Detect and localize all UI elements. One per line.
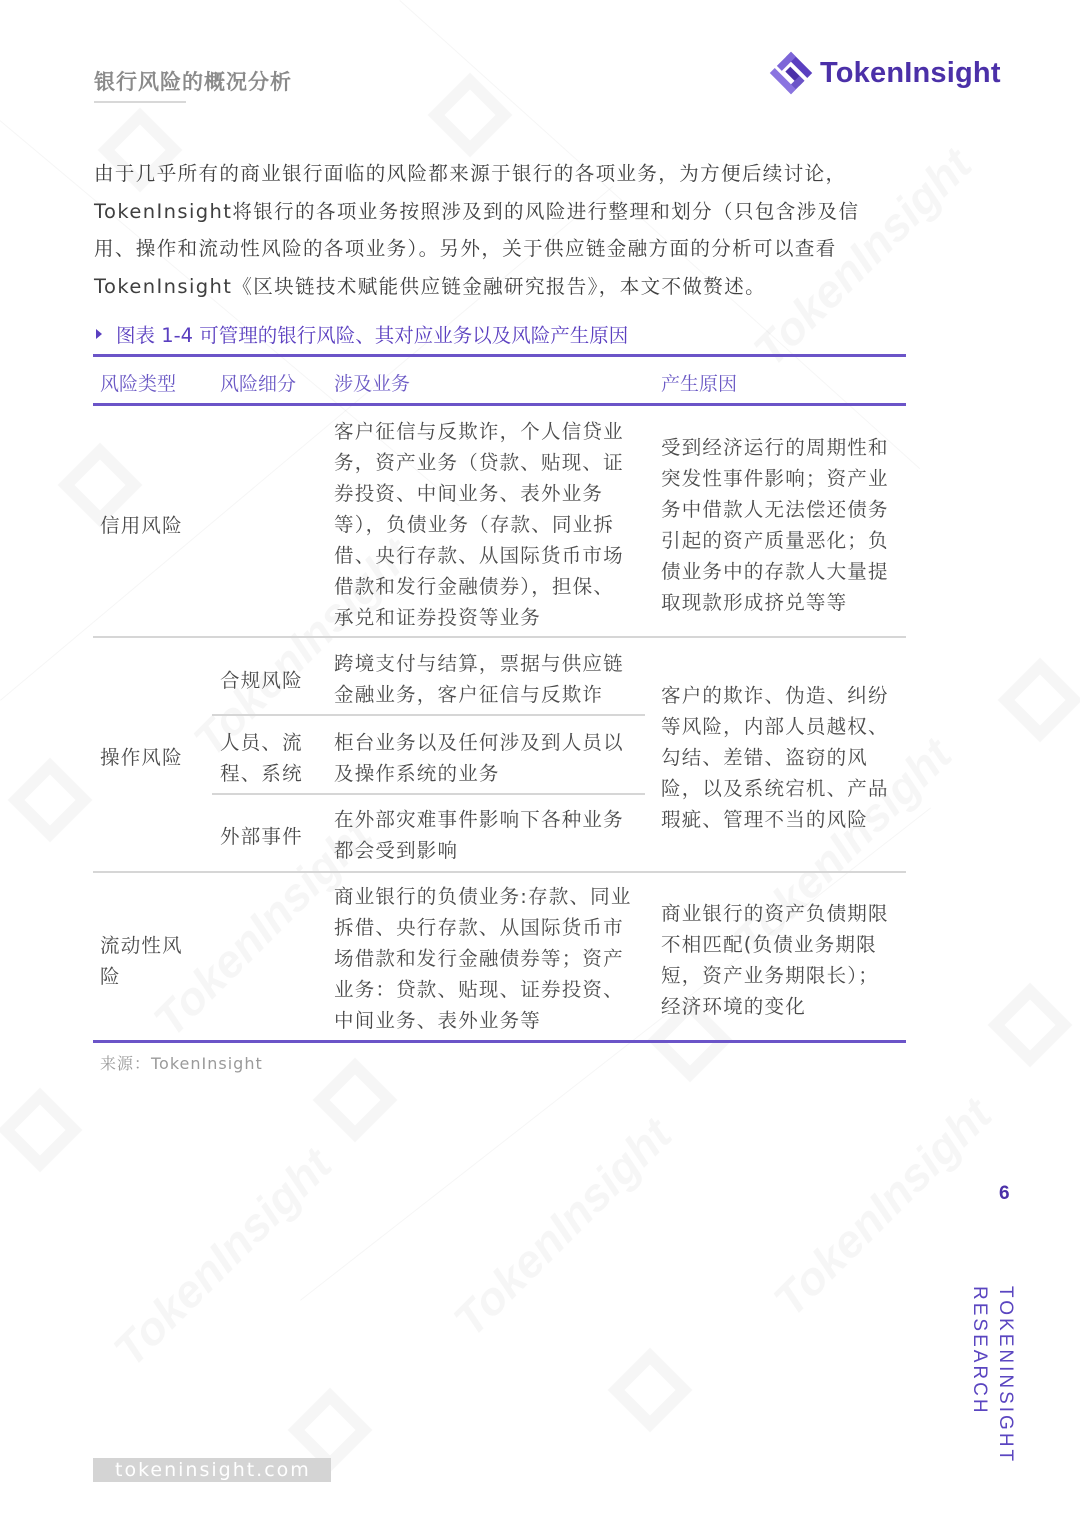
section-title-underline	[94, 101, 186, 103]
watermark-logo-icon	[998, 658, 1080, 743]
cell-business: 在外部灾难事件影响下各种业务 都会受到影响	[334, 804, 644, 866]
footer-url-link[interactable]: tokeninsight.com	[93, 1458, 331, 1482]
cell-line: 客户的欺诈、伪造、纠纷	[661, 680, 906, 711]
cell-subtype: 合规风险	[220, 665, 303, 696]
cell-line: 受到经济运行的周期性和	[661, 432, 906, 463]
watermark-logo-icon	[0, 1088, 82, 1173]
cell-business: 客户征信与反欺诈，个人信贷业 务，资产业务（贷款、贴现、证 券投资、中间业务、表…	[334, 416, 644, 633]
table-header-row: 风险类型 风险细分 涉及业务 产生原因	[93, 357, 906, 403]
page-number: 6	[999, 1183, 1010, 1205]
risk-table: 风险类型 风险细分 涉及业务 产生原因 信用风险 客户征信与反欺诈，个人信贷业 …	[93, 354, 906, 1043]
subrow-divider	[212, 714, 645, 716]
cell-line: 及操作系统的业务	[334, 758, 644, 789]
column-header-risk-type: 风险类型	[100, 369, 176, 396]
cell-subtype: 人员、流 程、系统	[220, 727, 303, 789]
cell-line: 承兑和证券投资等业务	[334, 602, 644, 633]
side-brand-line1: TOKENINSIGHT	[995, 1286, 1016, 1464]
watermark-logo-icon	[988, 983, 1073, 1068]
cell-line: 险，以及系统宕机、产品	[661, 773, 906, 804]
intro-line: TokenInsight将银行的各项业务按照涉及到的风险进行整理和划分（只包含涉…	[94, 193, 924, 231]
intro-paragraph: 由于几乎所有的商业银行面临的风险都来源于银行的各项业务，为方便后续讨论， Tok…	[94, 155, 924, 305]
cell-line: 都会受到影响	[334, 835, 644, 866]
intro-line: 用、操作和流动性风险的各项业务）。另外，关于供应链金融方面的分析可以查看	[94, 230, 924, 268]
intro-line: TokenInsight《区块链技术赋能供应链金融研究报告》，本文不做赘述。	[94, 268, 924, 306]
cell-line: 务，资产业务（贷款、贴现、证	[334, 447, 644, 478]
watermark-logo-icon	[428, 73, 513, 158]
cell-line: 拆借、央行存款、从国际货币市	[334, 912, 654, 943]
cell-line: 业务：贷款、贴现、证券投资、	[334, 974, 654, 1005]
cell-line: 券投资、中间业务、表外业务	[334, 478, 644, 509]
cell-line: 在外部灾难事件影响下各种业务	[334, 804, 644, 835]
tokeninsight-logo-icon	[768, 50, 814, 96]
cell-line: 金融业务，客户征信与反欺诈	[334, 679, 644, 710]
cell-line: 借款和发行金融债券），担保、	[334, 571, 644, 602]
cell-cause: 受到经济运行的周期性和 突发性事件影响；资产业 务中借款人无法偿还债务 引起的资…	[661, 432, 906, 618]
cell-subtype: 外部事件	[220, 821, 303, 852]
watermark-logo-icon	[313, 1058, 398, 1143]
watermark-logo-icon	[608, 1348, 693, 1433]
side-brand-line2: RESEARCH	[969, 1286, 990, 1416]
cell-line: 柜台业务以及任何涉及到人员以	[334, 727, 644, 758]
cell-business: 柜台业务以及任何涉及到人员以 及操作系统的业务	[334, 727, 644, 789]
subrow-divider	[212, 793, 645, 795]
figure-caption: 图表 1-4 可管理的银行风险、其对应业务以及风险产生原因	[96, 320, 628, 348]
column-header-risk-subtype: 风险细分	[220, 369, 296, 396]
cell-line: 流动性风	[100, 930, 183, 961]
cell-line: 借、央行存款、从国际货币市场	[334, 540, 644, 571]
section-title: 银行风险的概况分析	[94, 66, 292, 96]
cell-line: 等），负债业务（存款、同业拆	[334, 509, 644, 540]
cell-business: 跨境支付与结算，票据与供应链 金融业务，客户征信与反欺诈	[334, 648, 644, 710]
table-row-credit-risk: 信用风险 客户征信与反欺诈，个人信贷业 务，资产业务（贷款、贴现、证 券投资、中…	[93, 406, 906, 636]
cell-line: 突发性事件影响；资产业	[661, 463, 906, 494]
cell-line: 取现款形成挤兑等等	[661, 587, 906, 618]
cell-risk-type: 信用风险	[100, 510, 183, 541]
cell-line: 人员、流	[220, 727, 303, 758]
cell-line: 经济环境的变化	[661, 991, 906, 1022]
cell-cause: 商业银行的资产负债期限 不相匹配(负债业务期限 短，资产业务期限长）； 经济环境…	[661, 898, 906, 1022]
figure-source: 来源：TokenInsight	[100, 1051, 263, 1074]
caption-arrow-icon	[96, 329, 102, 339]
cell-line: 不相匹配(负债业务期限	[661, 929, 906, 960]
cell-line: 商业银行的负债业务:存款、同业	[334, 881, 654, 912]
watermark-text: TokenInsight	[103, 1137, 342, 1376]
cell-line: 程、系统	[220, 758, 303, 789]
cell-line: 务中借款人无法偿还债务	[661, 494, 906, 525]
brand-logo: TokenInsight	[768, 50, 1001, 96]
column-header-cause: 产生原因	[661, 369, 737, 396]
cell-line: 客户征信与反欺诈，个人信贷业	[334, 416, 644, 447]
watermark-text: TokenInsight	[443, 1107, 682, 1346]
cell-line: 债业务中的存款人大量提	[661, 556, 906, 587]
cell-risk-type: 操作风险	[100, 742, 183, 773]
column-header-business: 涉及业务	[334, 369, 410, 396]
cell-line: 中间业务、表外业务等	[334, 1005, 654, 1036]
cell-business: 商业银行的负债业务:存款、同业 拆借、央行存款、从国际货币市 场借款和发行金融债…	[334, 881, 654, 1036]
table-row-liquidity-risk: 流动性风 险 商业银行的负债业务:存款、同业 拆借、央行存款、从国际货币市 场借…	[93, 873, 906, 1040]
watermark-logo-icon	[8, 758, 93, 843]
cell-risk-type: 流动性风 险	[100, 930, 183, 992]
brand-name: TokenInsight	[820, 57, 1001, 90]
cell-line: 瑕疵、管理不当的风险	[661, 804, 906, 835]
cell-line: 险	[100, 961, 183, 992]
cell-line: 短，资产业务期限长）；	[661, 960, 906, 991]
figure-caption-text: 图表 1-4 可管理的银行风险、其对应业务以及风险产生原因	[116, 320, 628, 348]
table-bottom-rule	[93, 1040, 906, 1043]
cell-line: 等风险，内部人员越权、	[661, 711, 906, 742]
cell-line: 商业银行的资产负债期限	[661, 898, 906, 929]
cell-line: 引起的资产质量恶化；负	[661, 525, 906, 556]
cell-line: 勾结、差错、盗窃的风	[661, 742, 906, 773]
table-row-operational-risk: 操作风险 合规风险 跨境支付与结算，票据与供应链 金融业务，客户征信与反欺诈 人…	[93, 638, 906, 871]
intro-line: 由于几乎所有的商业银行面临的风险都来源于银行的各项业务，为方便后续讨论，	[94, 155, 924, 193]
cell-line: 跨境支付与结算，票据与供应链	[334, 648, 644, 679]
side-brand: TOKENINSIGHT RESEARCH	[966, 1286, 1018, 1464]
cell-cause: 客户的欺诈、伪造、纠纷 等风险，内部人员越权、 勾结、差错、盗窃的风 险，以及系…	[661, 680, 906, 835]
cell-line: 场借款和发行金融债券等；资产	[334, 943, 654, 974]
